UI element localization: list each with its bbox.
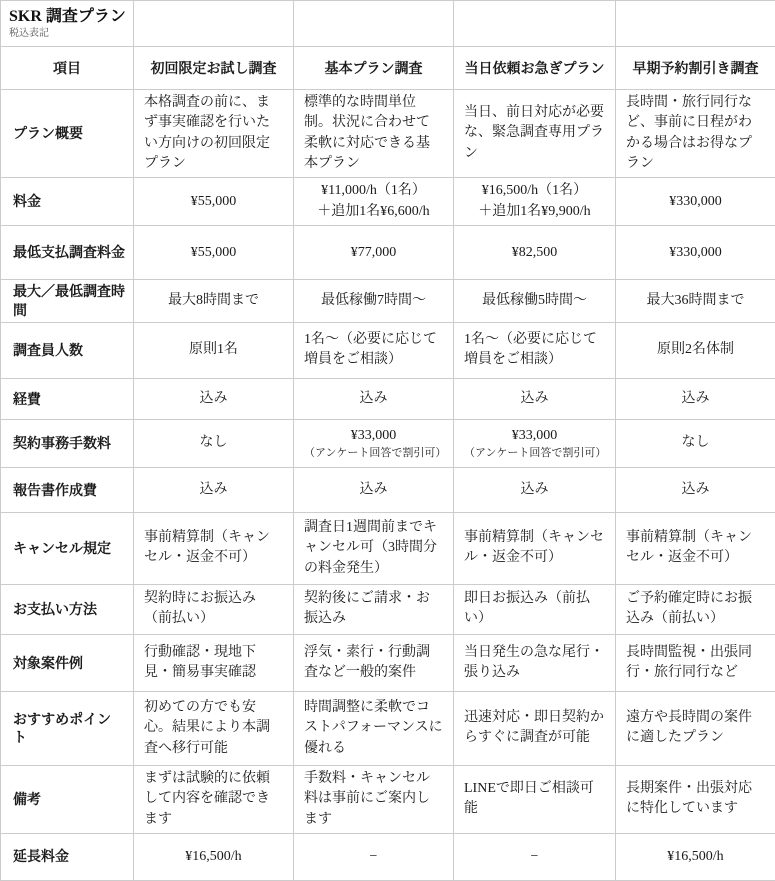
- table-cell: 事前精算制（キャンセル・返金不可）: [134, 512, 294, 584]
- table-cell: ¥55,000: [134, 226, 294, 280]
- cell-text: 最大8時間まで: [144, 291, 283, 311]
- cell-subtext: （アンケート回答で割引可）: [464, 446, 605, 460]
- table-cell: まずは試験的に依頼して内容を確認できます: [134, 765, 294, 833]
- row-label: 報告書作成費: [1, 467, 134, 512]
- cell-text: ¥33,000: [464, 426, 605, 446]
- table-row: 契約事務手数料なし¥33,000（アンケート回答で割引可）¥33,000（アンケ…: [1, 419, 775, 467]
- table-cell: ご予約確定時にお振込み（前払い）: [616, 584, 775, 634]
- cell-text: 標準的な時間単位制。状況に合わせて柔軟に対応できる基本プラン: [304, 93, 443, 174]
- cell-text: 即日お振込み（前払い）: [464, 589, 605, 630]
- cell-text: −: [464, 847, 605, 867]
- cell-text: 最低稼働7時間〜: [304, 291, 443, 311]
- table-row: キャンセル規定事前精算制（キャンセル・返金不可）調査日1週間前までキャンセル可（…: [1, 512, 775, 584]
- cell-text: ¥77,000: [304, 243, 443, 263]
- cell-text: 迅速対応・即日契約からすぐに調査が可能: [464, 708, 605, 749]
- cell-text: ご予約確定時にお振込み（前払い）: [626, 589, 765, 630]
- table-cell: 長期案件・出張対応に特化しています: [616, 765, 775, 833]
- table-cell: ¥330,000: [616, 178, 775, 226]
- table-body: プラン概要本格調査の前に、まず事実確認を行いたい方向けの初回限定プラン標準的な時…: [1, 90, 775, 881]
- table-cell: 契約後にご請求・お振込み: [294, 584, 454, 634]
- empty-cell: [134, 1, 294, 47]
- table-cell: 原則1名: [134, 322, 294, 378]
- plan-column-header: 早期予約割引き調査: [616, 47, 775, 90]
- cell-text: 事前精算制（キャンセル・返金不可）: [464, 528, 605, 569]
- table-cell: 1名〜（必要に応じて増員をご相談）: [294, 322, 454, 378]
- table-cell: なし: [616, 419, 775, 467]
- cell-text: ¥16,500/h（1名） ＋追加1名¥9,900/h: [464, 181, 605, 222]
- row-label: プラン概要: [1, 90, 134, 178]
- plan-column-header: 基本プラン調査: [294, 47, 454, 90]
- cell-text: 原則2名体制: [626, 340, 765, 360]
- table-cell: 最大36時間まで: [616, 280, 775, 323]
- table-cell: 長時間監視・出張同行・旅行同行など: [616, 634, 775, 691]
- cell-text: 事前精算制（キャンセル・返金不可）: [626, 528, 765, 569]
- cell-subtext: （アンケート回答で割引可）: [304, 446, 443, 460]
- cell-text: 込み: [144, 480, 283, 500]
- table-cell: 長時間・旅行同行など、事前に日程がわかる場合はお得なプラン: [616, 90, 775, 178]
- cell-text: 込み: [626, 480, 765, 500]
- table-cell: 込み: [134, 378, 294, 419]
- table-cell: 込み: [454, 378, 616, 419]
- column-header-row: 項目初回限定お試し調査基本プラン調査当日依頼お急ぎプラン早期予約割引き調査: [1, 47, 775, 90]
- pricing-comparison-page: SKR 調査プラン 税込表記 項目初回限定お試し調査基本プラン調査当日依頼お急ぎ…: [0, 0, 775, 881]
- title-row: SKR 調査プラン 税込表記: [1, 1, 775, 47]
- table-cell: ¥16,500/h: [134, 833, 294, 880]
- row-label: 調査員人数: [1, 322, 134, 378]
- table-cell: 込み: [616, 467, 775, 512]
- cell-text: ¥55,000: [144, 192, 283, 212]
- cell-text: 長時間・旅行同行など、事前に日程がわかる場合はお得なプラン: [626, 93, 765, 174]
- table-cell: 原則2名体制: [616, 322, 775, 378]
- cell-text: 1名〜（必要に応じて増員をご相談）: [464, 330, 605, 371]
- cell-text: 調査日1週間前までキャンセル可（3時間分の料金発生）: [304, 518, 443, 579]
- cell-text: 込み: [304, 480, 443, 500]
- table-cell: −: [294, 833, 454, 880]
- row-label: 対象案件例: [1, 634, 134, 691]
- table-row: おすすめポイント初めての方でも安心。結果により本調査へ移行可能時間調整に柔軟でコ…: [1, 691, 775, 765]
- cell-text: 手数料・キャンセル料は事前にご案内します: [304, 769, 443, 830]
- cell-text: 込み: [464, 389, 605, 409]
- table-cell: 即日お振込み（前払い）: [454, 584, 616, 634]
- cell-text: ¥82,500: [464, 243, 605, 263]
- table-cell: ¥16,500/h: [616, 833, 775, 880]
- cell-text: まずは試験的に依頼して内容を確認できます: [144, 769, 283, 830]
- cell-text: 1名〜（必要に応じて増員をご相談）: [304, 330, 443, 371]
- table-cell: 1名〜（必要に応じて増員をご相談）: [454, 322, 616, 378]
- table-row: 備考まずは試験的に依頼して内容を確認できます手数料・キャンセル料は事前にご案内し…: [1, 765, 775, 833]
- table-cell: 込み: [454, 467, 616, 512]
- table-cell: 迅速対応・即日契約からすぐに調査が可能: [454, 691, 616, 765]
- table-row: 料金¥55,000¥11,000/h（1名） ＋追加1名¥6,600/h¥16,…: [1, 178, 775, 226]
- cell-text: 込み: [464, 480, 605, 500]
- row-label: 契約事務手数料: [1, 419, 134, 467]
- page-title: SKR 調査プラン: [9, 7, 125, 27]
- cell-text: 契約後にご請求・お振込み: [304, 589, 443, 630]
- table-row: お支払い方法契約時にお振込み（前払い）契約後にご請求・お振込み即日お振込み（前払…: [1, 584, 775, 634]
- cell-text: 原則1名: [144, 340, 283, 360]
- cell-text: 行動確認・現地下見・簡易事実確認: [144, 643, 283, 684]
- table-cell: 調査日1週間前までキャンセル可（3時間分の料金発生）: [294, 512, 454, 584]
- table-row: 報告書作成費込み込み込み込み: [1, 467, 775, 512]
- cell-text: なし: [144, 433, 283, 453]
- table-cell: ¥55,000: [134, 178, 294, 226]
- table-cell: 込み: [134, 467, 294, 512]
- table-cell: 当日、前日対応が必要な、緊急調査専用プラン: [454, 90, 616, 178]
- cell-text: ¥55,000: [144, 243, 283, 263]
- row-label: 最大／最低調査時間: [1, 280, 134, 323]
- cell-text: ¥33,000: [304, 426, 443, 446]
- table-cell: 初めての方でも安心。結果により本調査へ移行可能: [134, 691, 294, 765]
- table-cell: 込み: [294, 378, 454, 419]
- table-cell: 契約時にお振込み（前払い）: [134, 584, 294, 634]
- row-label: おすすめポイント: [1, 691, 134, 765]
- table-row: 対象案件例行動確認・現地下見・簡易事実確認浮気・素行・行動調査など一般的案件当日…: [1, 634, 775, 691]
- table-cell: 時間調整に柔軟でコストパフォーマンスに優れる: [294, 691, 454, 765]
- table-cell: 込み: [616, 378, 775, 419]
- cell-text: ¥330,000: [626, 192, 765, 212]
- cell-text: ¥330,000: [626, 243, 765, 263]
- cell-text: 本格調査の前に、まず事実確認を行いたい方向けの初回限定プラン: [144, 93, 283, 174]
- table-cell: ¥330,000: [616, 226, 775, 280]
- table-cell: ¥11,000/h（1名） ＋追加1名¥6,600/h: [294, 178, 454, 226]
- table-cell: ¥16,500/h（1名） ＋追加1名¥9,900/h: [454, 178, 616, 226]
- table-cell: 遠方や長時間の案件に適したプラン: [616, 691, 775, 765]
- row-label: 料金: [1, 178, 134, 226]
- row-label: お支払い方法: [1, 584, 134, 634]
- cell-text: 最大36時間まで: [626, 291, 765, 311]
- table-row: 調査員人数原則1名1名〜（必要に応じて増員をご相談）1名〜（必要に応じて増員をご…: [1, 322, 775, 378]
- table-cell: 事前精算制（キャンセル・返金不可）: [616, 512, 775, 584]
- cell-text: 最低稼働5時間〜: [464, 291, 605, 311]
- table-cell: ¥33,000（アンケート回答で割引可）: [294, 419, 454, 467]
- tax-note: 税込表記: [9, 27, 125, 40]
- row-label: キャンセル規定: [1, 512, 134, 584]
- cell-text: 初めての方でも安心。結果により本調査へ移行可能: [144, 698, 283, 759]
- cell-text: 長時間監視・出張同行・旅行同行など: [626, 643, 765, 684]
- table-cell: 本格調査の前に、まず事実確認を行いたい方向けの初回限定プラン: [134, 90, 294, 178]
- table-row: 経費込み込み込み込み: [1, 378, 775, 419]
- cell-text: 込み: [304, 389, 443, 409]
- cell-text: 当日発生の急な尾行・張り込み: [464, 643, 605, 684]
- row-label: 最低支払調査料金: [1, 226, 134, 280]
- table-cell: なし: [134, 419, 294, 467]
- cell-text: 遠方や長時間の案件に適したプラン: [626, 708, 765, 749]
- table-cell: ¥77,000: [294, 226, 454, 280]
- table-cell: 最大8時間まで: [134, 280, 294, 323]
- table-row: 延長料金¥16,500/h−−¥16,500/h: [1, 833, 775, 880]
- table-row: プラン概要本格調査の前に、まず事実確認を行いたい方向けの初回限定プラン標準的な時…: [1, 90, 775, 178]
- table-cell: 込み: [294, 467, 454, 512]
- cell-text: ¥11,000/h（1名） ＋追加1名¥6,600/h: [304, 181, 443, 222]
- table-cell: ¥33,000（アンケート回答で割引可）: [454, 419, 616, 467]
- title-cell: SKR 調査プラン 税込表記: [1, 1, 134, 47]
- table-row: 最大／最低調査時間最大8時間まで最低稼働7時間〜最低稼働5時間〜最大36時間まで: [1, 280, 775, 323]
- plan-column-header: 初回限定お試し調査: [134, 47, 294, 90]
- cell-text: ¥16,500/h: [144, 847, 283, 867]
- plan-comparison-table: SKR 調査プラン 税込表記 項目初回限定お試し調査基本プラン調査当日依頼お急ぎ…: [0, 0, 775, 881]
- row-label: 経費: [1, 378, 134, 419]
- table-cell: 標準的な時間単位制。状況に合わせて柔軟に対応できる基本プラン: [294, 90, 454, 178]
- empty-cell: [454, 1, 616, 47]
- empty-cell: [294, 1, 454, 47]
- table-cell: 浮気・素行・行動調査など一般的案件: [294, 634, 454, 691]
- table-cell: 最低稼働7時間〜: [294, 280, 454, 323]
- plan-column-header: 当日依頼お急ぎプラン: [454, 47, 616, 90]
- cell-text: なし: [626, 433, 765, 453]
- row-label: 延長料金: [1, 833, 134, 880]
- cell-text: LINEで即日ご相談可能: [464, 779, 605, 820]
- cell-text: 契約時にお振込み（前払い）: [144, 589, 283, 630]
- cell-text: −: [304, 847, 443, 867]
- table-cell: 手数料・キャンセル料は事前にご案内します: [294, 765, 454, 833]
- cell-text: ¥16,500/h: [626, 847, 765, 867]
- table-row: 最低支払調査料金¥55,000¥77,000¥82,500¥330,000: [1, 226, 775, 280]
- table-cell: 行動確認・現地下見・簡易事実確認: [134, 634, 294, 691]
- table-cell: ¥82,500: [454, 226, 616, 280]
- item-column-header: 項目: [1, 47, 134, 90]
- cell-text: 当日、前日対応が必要な、緊急調査専用プラン: [464, 103, 605, 164]
- cell-text: 事前精算制（キャンセル・返金不可）: [144, 528, 283, 569]
- cell-text: 込み: [144, 389, 283, 409]
- cell-text: 時間調整に柔軟でコストパフォーマンスに優れる: [304, 698, 443, 759]
- row-label: 備考: [1, 765, 134, 833]
- cell-text: 長期案件・出張対応に特化しています: [626, 779, 765, 820]
- cell-text: 浮気・素行・行動調査など一般的案件: [304, 643, 443, 684]
- table-cell: 最低稼働5時間〜: [454, 280, 616, 323]
- table-cell: 当日発生の急な尾行・張り込み: [454, 634, 616, 691]
- cell-text: 込み: [626, 389, 765, 409]
- table-cell: LINEで即日ご相談可能: [454, 765, 616, 833]
- empty-cell: [616, 1, 775, 47]
- table-cell: 事前精算制（キャンセル・返金不可）: [454, 512, 616, 584]
- table-cell: −: [454, 833, 616, 880]
